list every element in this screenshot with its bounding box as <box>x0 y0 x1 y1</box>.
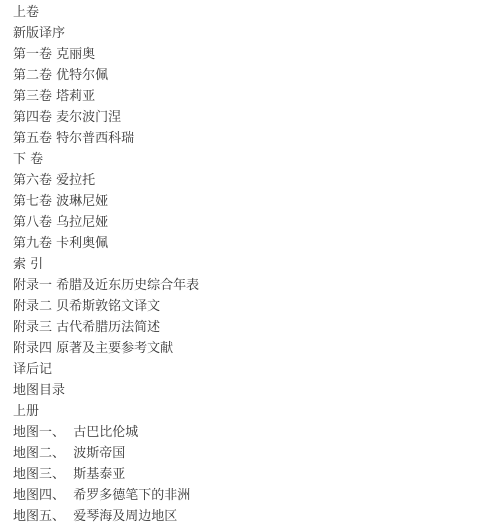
table-of-contents: 上卷 新版译序 第一卷 克丽奥 第二卷 优特尔佩 第三卷 塔莉亚 第四卷 麦尔波… <box>13 2 199 527</box>
toc-item-book-8: 第八卷 乌拉尼娅 <box>13 212 199 233</box>
toc-item-book-3: 第三卷 塔莉亚 <box>13 86 199 107</box>
toc-item-book-7: 第七卷 波琳尼娅 <box>13 191 199 212</box>
toc-item-map-1: 地图一、 古巴比伦城 <box>13 422 199 443</box>
toc-item-afterword: 译后记 <box>13 359 199 380</box>
toc-item-volume-2: 下 卷 <box>13 149 199 170</box>
toc-item-map-2: 地图二、 波斯帝国 <box>13 443 199 464</box>
toc-item-appendix-4: 附录四 原著及主要参考文献 <box>13 338 199 359</box>
toc-item-book-9: 第九卷 卡利奥佩 <box>13 233 199 254</box>
toc-item-part-1: 上册 <box>13 401 199 422</box>
toc-item-map-3: 地图三、 斯基泰亚 <box>13 464 199 485</box>
toc-item-appendix-1: 附录一 希腊及近东历史综合年表 <box>13 275 199 296</box>
toc-item-book-2: 第二卷 优特尔佩 <box>13 65 199 86</box>
toc-item-map-4: 地图四、 希罗多德笔下的非洲 <box>13 485 199 506</box>
toc-item-new-preface: 新版译序 <box>13 23 199 44</box>
toc-item-book-4: 第四卷 麦尔波门涅 <box>13 107 199 128</box>
toc-item-book-1: 第一卷 克丽奥 <box>13 44 199 65</box>
toc-item-index: 索 引 <box>13 254 199 275</box>
toc-item-appendix-3: 附录三 古代希腊历法简述 <box>13 317 199 338</box>
toc-item-map-list: 地图目录 <box>13 380 199 401</box>
toc-item-appendix-2: 附录二 贝希斯敦铭文译文 <box>13 296 199 317</box>
toc-item-book-6: 第六卷 爱拉托 <box>13 170 199 191</box>
toc-item-book-5: 第五卷 特尔普西科瑞 <box>13 128 199 149</box>
toc-item-volume-1: 上卷 <box>13 2 199 23</box>
toc-item-map-5: 地图五、 爱琴海及周边地区 <box>13 506 199 527</box>
